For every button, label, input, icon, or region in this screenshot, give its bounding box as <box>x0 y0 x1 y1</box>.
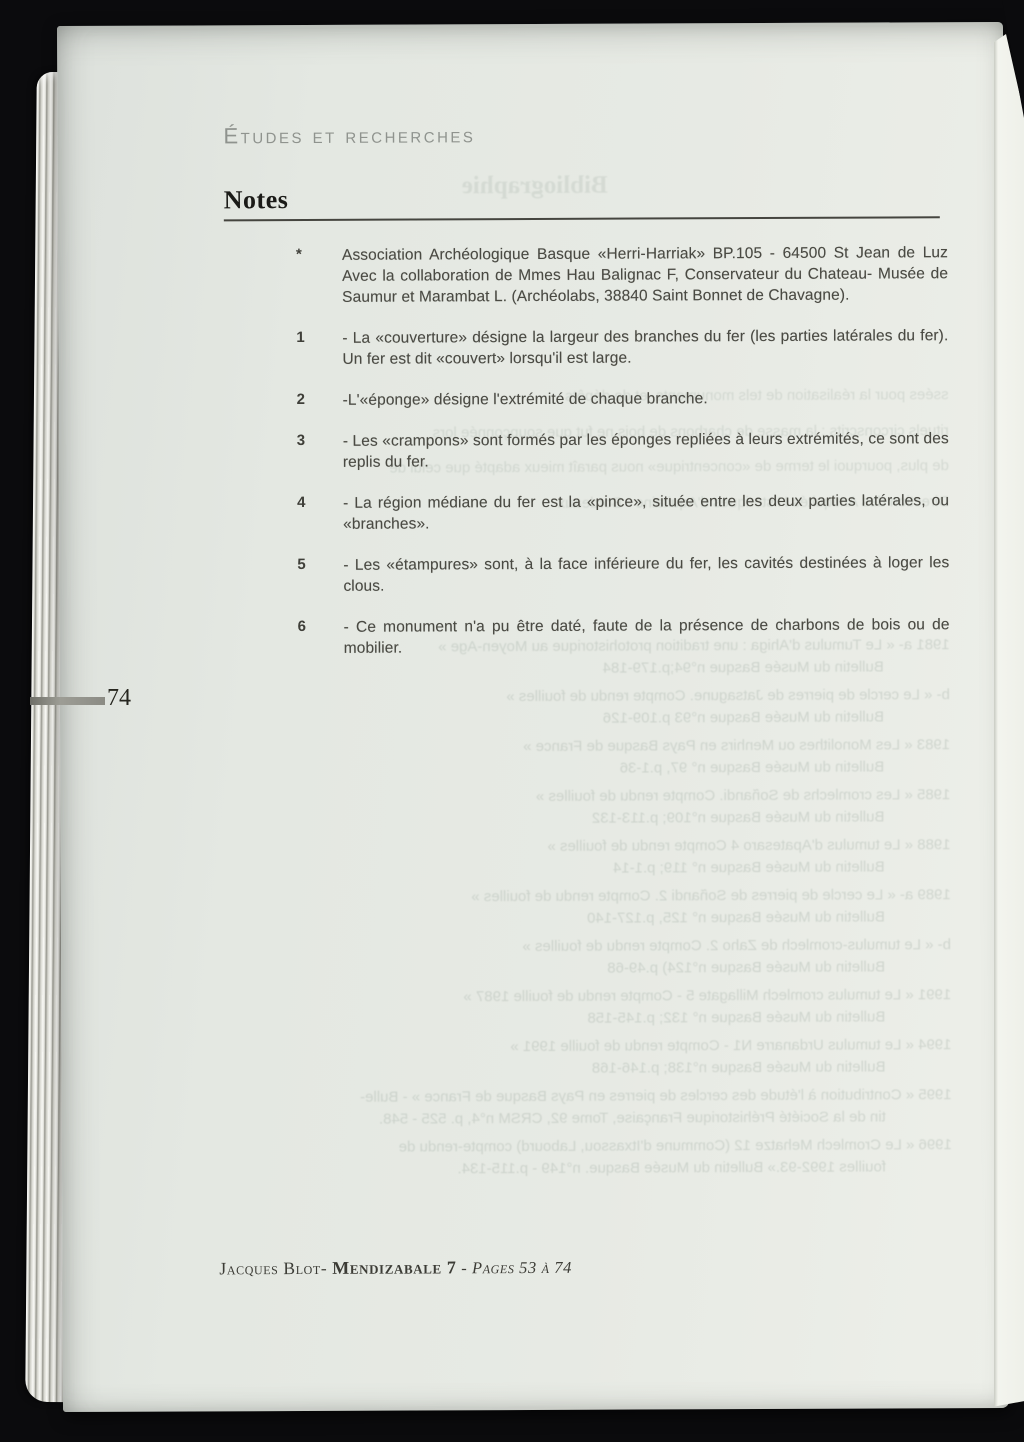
showthrough-bibliography: 1981 a- « Le Tumulus d'Ahiga : une tradi… <box>192 634 952 1187</box>
showthrough-entry: 1988 « Le tumulus d'Apatesaro 4 Compte r… <box>193 834 951 880</box>
note-item: 1 - La «couverture» désigne la largeur d… <box>296 325 948 370</box>
showthrough-entry: 1985 « Les cromlechs de Soñandi. Compte … <box>192 784 950 830</box>
note-item: 6 - Ce monument n'a pu être daté, faute … <box>298 614 950 659</box>
page-title: Notes <box>224 182 940 215</box>
showthrough-entry: 1983 « Les Monolithes ou Menhirs en Pays… <box>192 734 950 780</box>
showthrough-entry: b- « Le tumulus-cromlech de Zaho 2. Comp… <box>193 934 951 980</box>
book-page: Bibliographie ssées pour la réalisation … <box>57 22 1009 1412</box>
note-marker: * <box>296 245 342 308</box>
footer-author: Jacques Blot- <box>219 1258 332 1278</box>
showthrough-entry: 1989 a- « Le cercle de pierres de Soñand… <box>193 884 951 930</box>
page-fold-strip <box>994 34 1024 1408</box>
note-marker: 5 <box>297 555 343 597</box>
note-text: - Les «crampons» sont formés par les épo… <box>343 428 949 473</box>
note-item: 5 - Les «étampures» sont, à la face infé… <box>297 552 949 597</box>
note-text: -L'«éponge» désigne l'extrémité de chaqu… <box>343 387 949 411</box>
page-footer: Jacques Blot- Mendizabale 7 - Pages 53 à… <box>219 1257 572 1280</box>
note-text: Association Archéologique Basque «Herri-… <box>342 242 948 308</box>
note-item: 4 - La région médiane du fer est la «pin… <box>297 490 949 535</box>
margin-page-number: 74 <box>107 685 131 712</box>
note-marker: 1 <box>296 328 342 370</box>
title-rule <box>224 216 940 221</box>
note-text: - Ce monument n'a pu être daté, faute de… <box>344 614 950 659</box>
note-item: * Association Archéologique Basque «Herr… <box>296 242 948 308</box>
note-text: - La «couverture» désigne la largeur des… <box>342 325 948 370</box>
footer-work-title: Mendizabale 7 <box>332 1257 456 1278</box>
note-item: 3 - Les «crampons» sont formés par les é… <box>297 428 949 473</box>
note-marker: 3 <box>297 431 343 473</box>
note-marker: 6 <box>298 617 344 659</box>
showthrough-entry: 1995 « Contribution à l'étude des cercle… <box>194 1084 952 1130</box>
section-header: Études et recherches <box>223 122 475 149</box>
note-text: - Les «étampures» sont, à la face inféri… <box>343 552 949 597</box>
title-block: Notes <box>224 182 940 221</box>
showthrough-entry: b- « Le cercle de pierres de Jatsagune. … <box>192 684 950 730</box>
note-marker: 2 <box>297 390 343 411</box>
margin-page-number-bar <box>30 697 105 705</box>
footer-page-range: - Pages 53 à 74 <box>456 1258 572 1278</box>
notes-list: * Association Archéologique Basque «Herr… <box>296 242 950 679</box>
note-text: - La région médiane du fer est la «pince… <box>343 490 949 535</box>
note-marker: 4 <box>297 493 343 535</box>
scanned-book-photo: Bibliographie ssées pour la réalisation … <box>0 0 1024 1442</box>
note-item: 2 -L'«éponge» désigne l'extrémité de cha… <box>297 387 949 411</box>
showthrough-entry: 1994 « Le tumulus Urdanarre N1 - Compte … <box>193 1034 951 1080</box>
showthrough-entry: 1991 « Le tumulus cromlech Millagate 5 -… <box>193 984 951 1030</box>
showthrough-entry: 1996 « Le Cromlech Mehatze 12 (Commune d… <box>194 1134 952 1180</box>
